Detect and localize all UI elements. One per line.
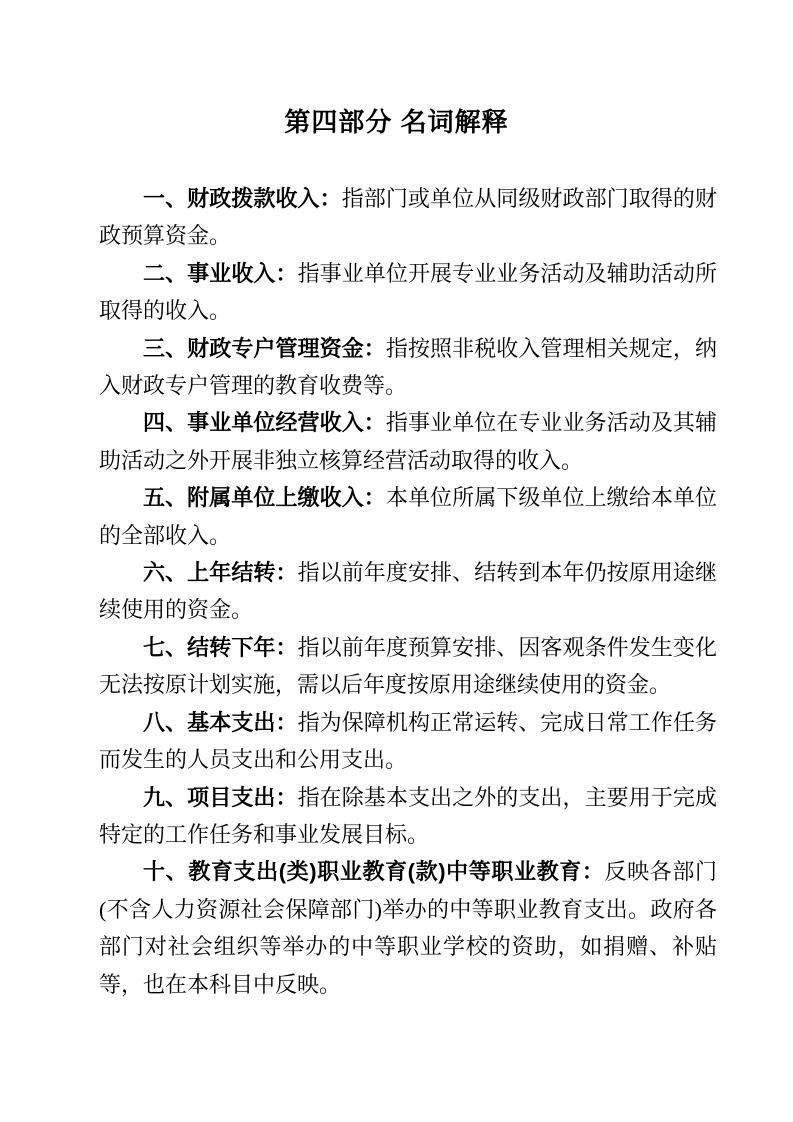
term-paragraph: 九、项目支出：指在除基本支出之外的支出，主要用于完成特定的工作任务和事业发展目标… (99, 779, 717, 854)
term-label: 一、财政拨款收入： (143, 186, 342, 211)
term-paragraph: 一、财政拨款收入：指部门或单位从同级财政部门取得的财政预算资金。 (99, 180, 717, 255)
term-paragraph: 六、上年结转：指以前年度安排、结转到本年仍按原用途继续使用的资金。 (99, 554, 717, 629)
term-label: 八、基本支出： (143, 710, 298, 735)
term-label: 五、附属单位上缴收入： (143, 485, 386, 510)
term-label: 九、项目支出： (143, 785, 298, 810)
term-label: 十、教育支出(类)职业教育(款)中等职业教育： (143, 859, 605, 884)
term-paragraph: 七、结转下年：指以前年度预算安排、因客观条件发生变化无法按原计划实施，需以后年度… (99, 629, 717, 704)
term-label: 四、事业单位经营收入： (143, 410, 386, 435)
term-paragraph: 五、附属单位上缴收入：本单位所属下级单位上缴给本单位的全部收入。 (99, 479, 717, 554)
document-page: 第四部分 名词解释 一、财政拨款收入：指部门或单位从同级财政部门取得的财政预算资… (0, 0, 793, 1122)
terms-list: 一、财政拨款收入：指部门或单位从同级财政部门取得的财政预算资金。 二、事业收入：… (99, 180, 717, 1003)
term-label: 六、上年结转： (143, 560, 298, 585)
term-paragraph: 八、基本支出：指为保障机构正常运转、完成日常工作任务而发生的人员支出和公用支出。 (99, 704, 717, 779)
page-title: 第四部分 名词解释 (0, 0, 793, 140)
term-paragraph: 二、事业收入：指事业单位开展专业业务活动及辅助活动所取得的收入。 (99, 255, 717, 330)
term-paragraph: 十、教育支出(类)职业教育(款)中等职业教育：反映各部门(不含人力资源社会保障部… (99, 853, 717, 1003)
term-paragraph: 四、事业单位经营收入：指事业单位在专业业务活动及其辅助活动之外开展非独立核算经营… (99, 404, 717, 479)
term-label: 七、结转下年： (143, 635, 298, 660)
term-label: 二、事业收入： (143, 261, 298, 286)
term-paragraph: 三、财政专户管理资金：指按照非税收入管理相关规定，纳入财政专户管理的教育收费等。 (99, 330, 717, 405)
term-label: 三、财政专户管理资金： (143, 336, 386, 361)
